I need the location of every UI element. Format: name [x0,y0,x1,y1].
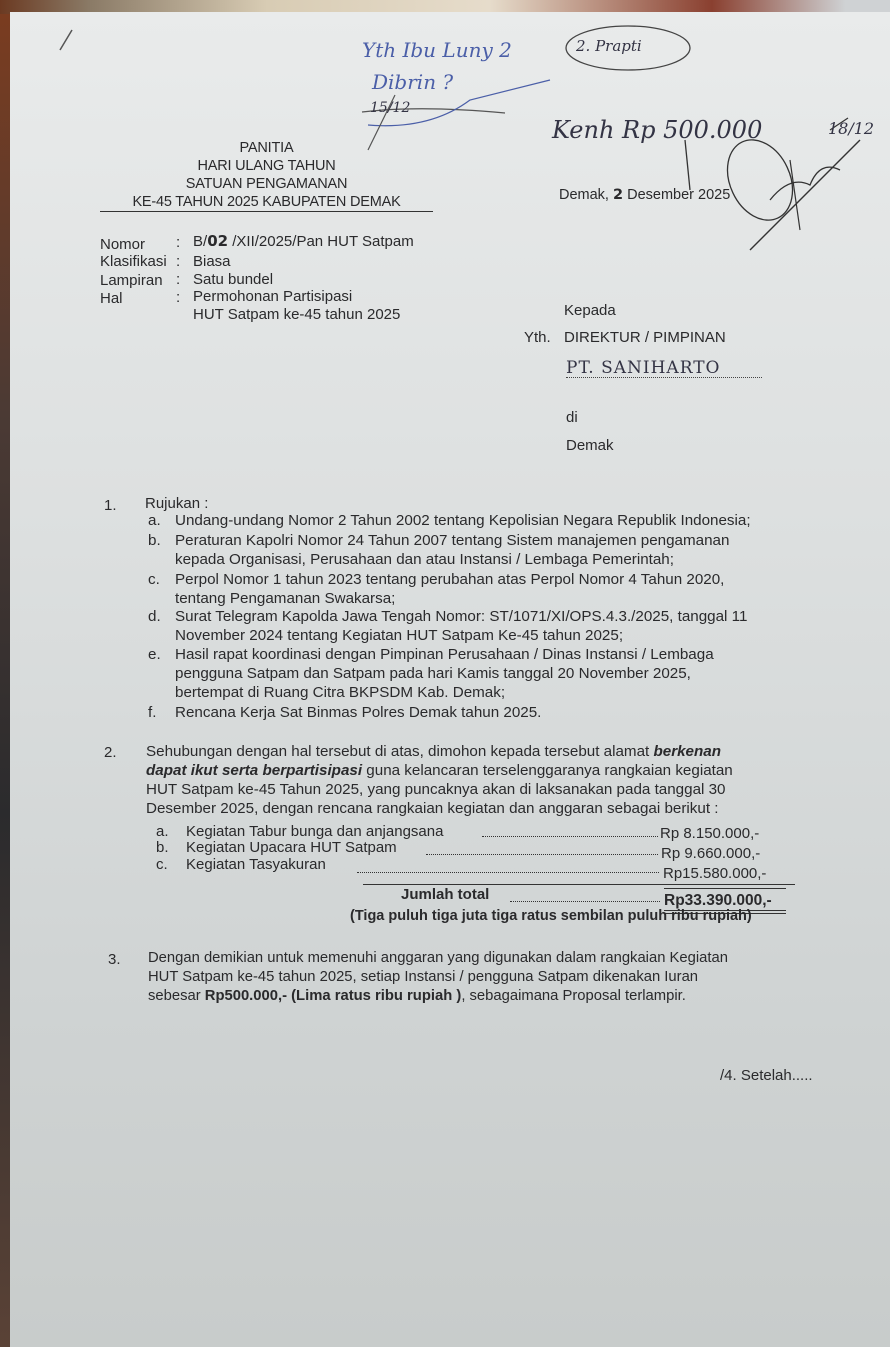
nomor-label: Nomor [100,236,145,253]
handwritten-approval: Kenh Rp 500.000 [552,122,762,139]
lampiran-label: Lampiran [100,272,163,289]
emphasis-berkenan: berkenan [653,743,721,760]
budget-item-c-amount: Rp15.580.000,- [663,865,766,882]
handwritten-circled-note: 2. Prapti [576,38,642,55]
total-overline [664,888,786,889]
budget-item-b-letter: b. [156,839,169,856]
nomor-value: B/02 /XII/2025/Pan HUT Satpam [193,232,414,250]
recipient-title: DIREKTUR / PIMPINAN [564,329,726,346]
header-line-2: HARI ULANG TAHUN [100,158,433,175]
klasifikasi-value: Biasa [193,253,231,270]
handwritten-question: Dibrin ? [372,74,453,91]
budget-item-b-label: Kegiatan Upacara HUT Satpam [186,839,397,856]
lampiran-value: Satu bundel [193,271,273,288]
total-label: Jumlah total [401,886,489,903]
budget-item-a-leader [482,835,658,837]
recipient-company: PT. SANIHARTO [566,360,762,378]
section-3-number: 3. [108,951,121,968]
place-date: Demak, 2 Desember 2025 [559,187,730,204]
recipient-di: di [566,409,578,426]
section-3-body: Dengan demikian untuk memenuhi anggaran … [148,949,828,1006]
klasifikasi-colon: : [176,253,180,270]
date-day: 2 [613,187,623,203]
budget-item-a-amount: Rp 8.150.000,- [660,825,759,842]
budget-item-a-label: Kegiatan Tabur bunga dan anjangsana [186,823,443,840]
klasifikasi-label: Klasifikasi [100,253,167,270]
header-underline [100,211,433,212]
budget-item-c-label: Kegiatan Tasyakuran [186,856,326,873]
nomor-handwritten-number: 02 [207,232,228,250]
section-1-title: Rujukan : [145,495,208,512]
hal-value-line2: HUT Satpam ke-45 tahun 2025 [193,306,400,323]
contribution-amount: Rp500.000,- (Lima ratus ribu rupiah ) [205,988,462,1004]
lampiran-colon: : [176,271,180,288]
hal-colon: : [176,289,180,306]
budget-item-b-leader [426,853,658,855]
handwritten-disposition: Yth Ibu Luny 2 [362,42,512,59]
budget-item-c-leader [357,871,659,873]
section-2-body: Sehubungan dengan hal tersebut di atas, … [146,742,826,818]
emphasis-participate: dapat ikut serta berpartisipasi [146,762,362,779]
budget-item-b-amount: Rp 9.660.000,- [661,845,760,862]
budget-item-c-letter: c. [156,856,168,873]
total-in-words: (Tiga puluh tiga juta tiga ratus sembila… [350,908,752,924]
hal-label: Hal [100,290,123,307]
section-2-number: 2. [104,744,117,761]
date-month-year: Desember 2025 [627,187,730,203]
page-continuation: /4. Setelah..... [720,1067,813,1084]
subtotal-rule [363,884,795,885]
total-leader [510,900,660,902]
place: Demak, [559,187,609,203]
nomor-colon: : [176,234,180,251]
recipient-city: Demak [566,437,614,454]
hal-value: Permohonan Partisipasi [193,288,352,305]
header-line-4: KE-45 TAHUN 2025 KABUPATEN DEMAK [100,194,433,211]
section-1-number: 1. [104,497,117,514]
header-line-3: SATUAN PENGAMANAN [100,176,433,193]
recipient-kepada: Kepada [564,302,616,319]
header-line-1: PANITIA [100,140,433,157]
recipient-yth: Yth. [524,329,551,346]
handwritten-date-1: 15/12 [370,100,410,117]
handwritten-date-2: 18/12 [828,120,874,137]
budget-item-a-letter: a. [156,823,169,840]
